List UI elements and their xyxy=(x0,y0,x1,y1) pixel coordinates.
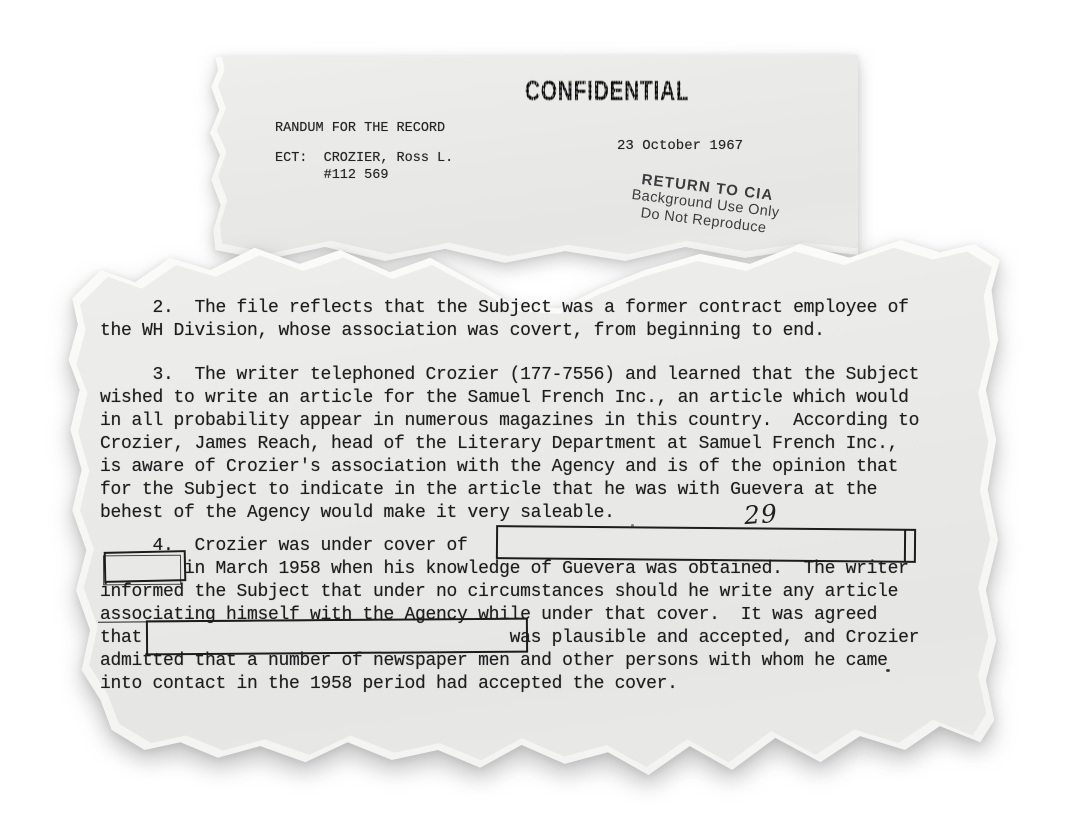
redaction-box-large xyxy=(496,525,916,563)
memo-paragraph-3: 3. The writer telephoned Crozier (177-75… xyxy=(100,364,919,525)
redaction-box-small xyxy=(104,550,187,583)
handwritten-number: 29 xyxy=(743,499,779,530)
memo-paragraph-2: 2. The file reflects that the Subject wa… xyxy=(100,297,909,343)
typed-text-layer: 2. The file reflects that the Subject wa… xyxy=(0,0,1080,820)
scan-speck xyxy=(631,524,634,527)
scan-speck xyxy=(886,669,890,672)
scanned-document-page: CONFIDENTIAL RANDUM FOR THE RECORD 23 Oc… xyxy=(0,0,1080,820)
redaction-box-wide xyxy=(146,618,528,656)
